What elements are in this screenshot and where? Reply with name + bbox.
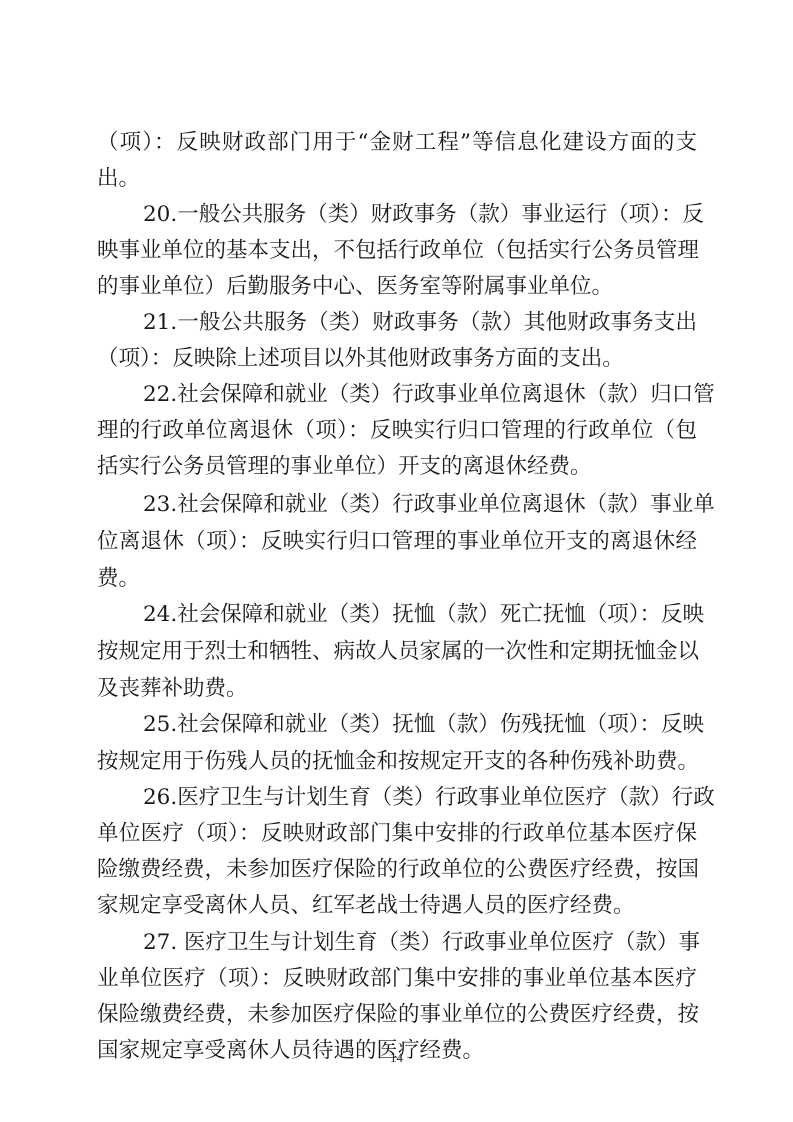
text-line: 的事业单位）后勤服务中心、医务室等附属事业单位。 (97, 272, 697, 302)
text-line: 理的行政单位离退休（项）：反映实行归口管理的行政单位（包 (97, 416, 697, 446)
page-number: 14 (0, 1050, 793, 1066)
text-line: 映事业单位的基本支出，不包括行政单位（包括实行公务员管理 (97, 236, 697, 266)
text-line: 业单位医疗（项）：反映财政部门集中安排的事业单位基本医疗 (97, 964, 697, 994)
text-line: 按规定用于伤残人员的抚恤金和按规定开支的各种伤残补助费。 (97, 747, 697, 777)
item-25-heading: 25.社会保障和就业（类）抚恤（款）伤残抚恤（项）：反映 (143, 710, 697, 740)
item-21-heading: 21.一般公共服务（类）财政事务（款）其他财政事务支出 (143, 308, 697, 338)
text-line: 家规定享受离休人员、红军老战士待遇人员的医疗经费。 (97, 891, 697, 921)
item-27-heading: 27. 医疗卫生与计划生育（类）行政事业单位医疗（款）事 (143, 928, 697, 958)
text-line: （项）：反映财政部门用于“金财工程”等信息化建设方面的支 (97, 128, 697, 158)
text-line: 括实行公务员管理的事业单位）开支的离退休经费。 (97, 452, 697, 482)
text-line: 费。 (97, 564, 697, 594)
text-line: 按规定用于烈士和牺牲、病故人员家属的一次性和定期抚恤金以 (97, 637, 697, 667)
text-line: 位离退休（项）：反映实行归口管理的事业单位开支的离退休经 (97, 527, 697, 557)
text-line: 出。 (97, 164, 697, 194)
text-line: 及丧葬补助费。 (97, 674, 697, 704)
text-line: 险缴费经费，未参加医疗保险的行政单位的公费医疗经费，按国 (97, 855, 697, 885)
item-23-heading: 23.社会保障和就业（类）行政事业单位离退休（款）事业单 (143, 490, 697, 520)
document-page: （项）：反映财政部门用于“金财工程”等信息化建设方面的支 出。 20.一般公共服… (0, 0, 793, 1122)
item-22-heading: 22.社会保障和就业（类）行政事业单位离退休（款）归口管 (143, 380, 697, 410)
text-line: 保险缴费经费，未参加医疗保险的事业单位的公费医疗经费，按 (97, 1000, 697, 1030)
item-24-heading: 24.社会保障和就业（类）抚恤（款）死亡抚恤（项）：反映 (143, 600, 697, 630)
item-20-heading: 20.一般公共服务（类）财政事务（款）事业运行（项）：反 (143, 200, 697, 230)
text-line: 单位医疗（项）：反映财政部门集中安排的行政单位基本医疗保 (97, 819, 697, 849)
item-26-heading: 26.医疗卫生与计划生育（类）行政事业单位医疗（款）行政 (143, 783, 697, 813)
text-line: （项）：反映除上述项目以外其他财政事务方面的支出。 (97, 344, 697, 374)
